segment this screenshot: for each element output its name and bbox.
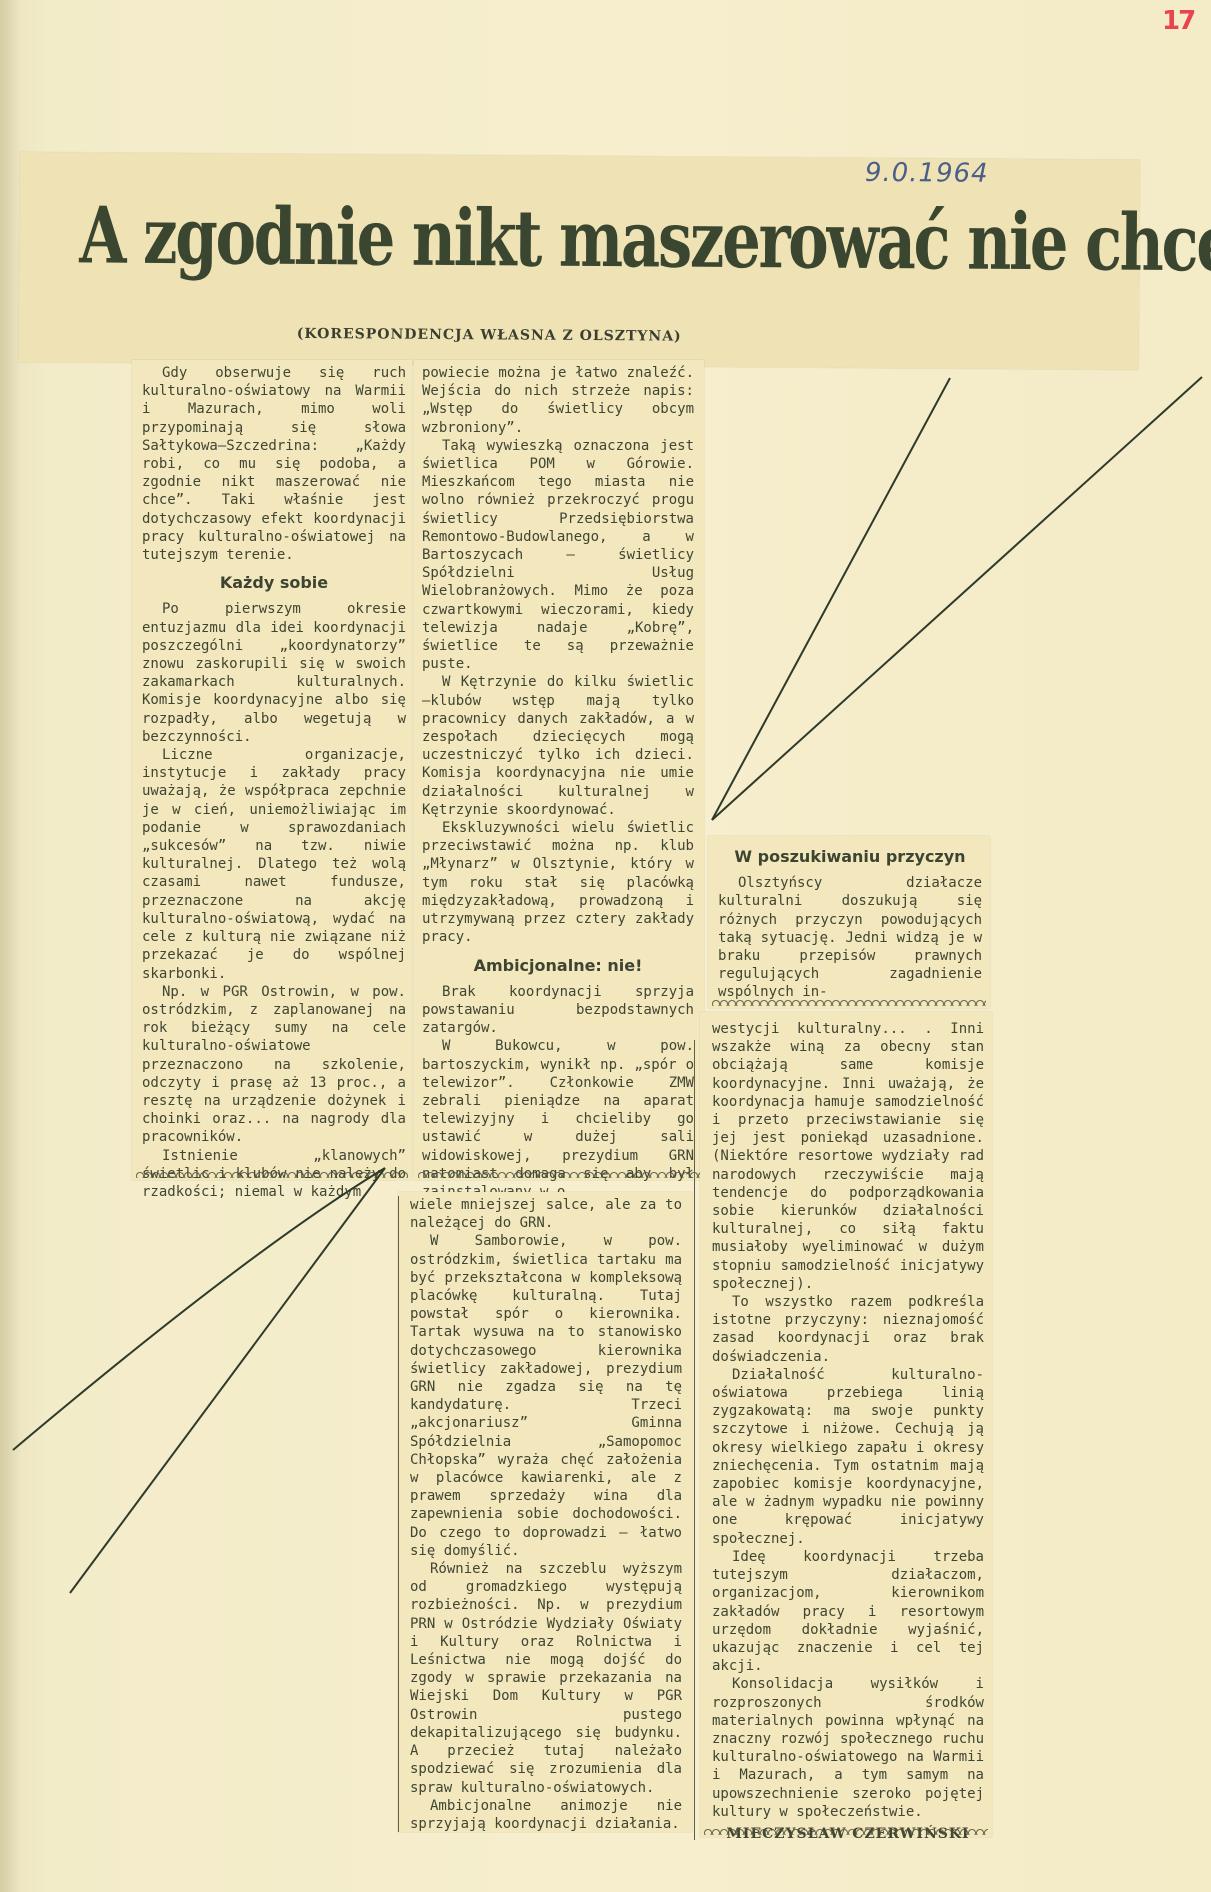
pen-stroke <box>70 1168 385 1593</box>
pen-stroke <box>712 377 1202 820</box>
pen-strike-marks <box>0 0 1211 1892</box>
pen-stroke <box>13 1168 385 1450</box>
pen-stroke <box>712 378 950 820</box>
